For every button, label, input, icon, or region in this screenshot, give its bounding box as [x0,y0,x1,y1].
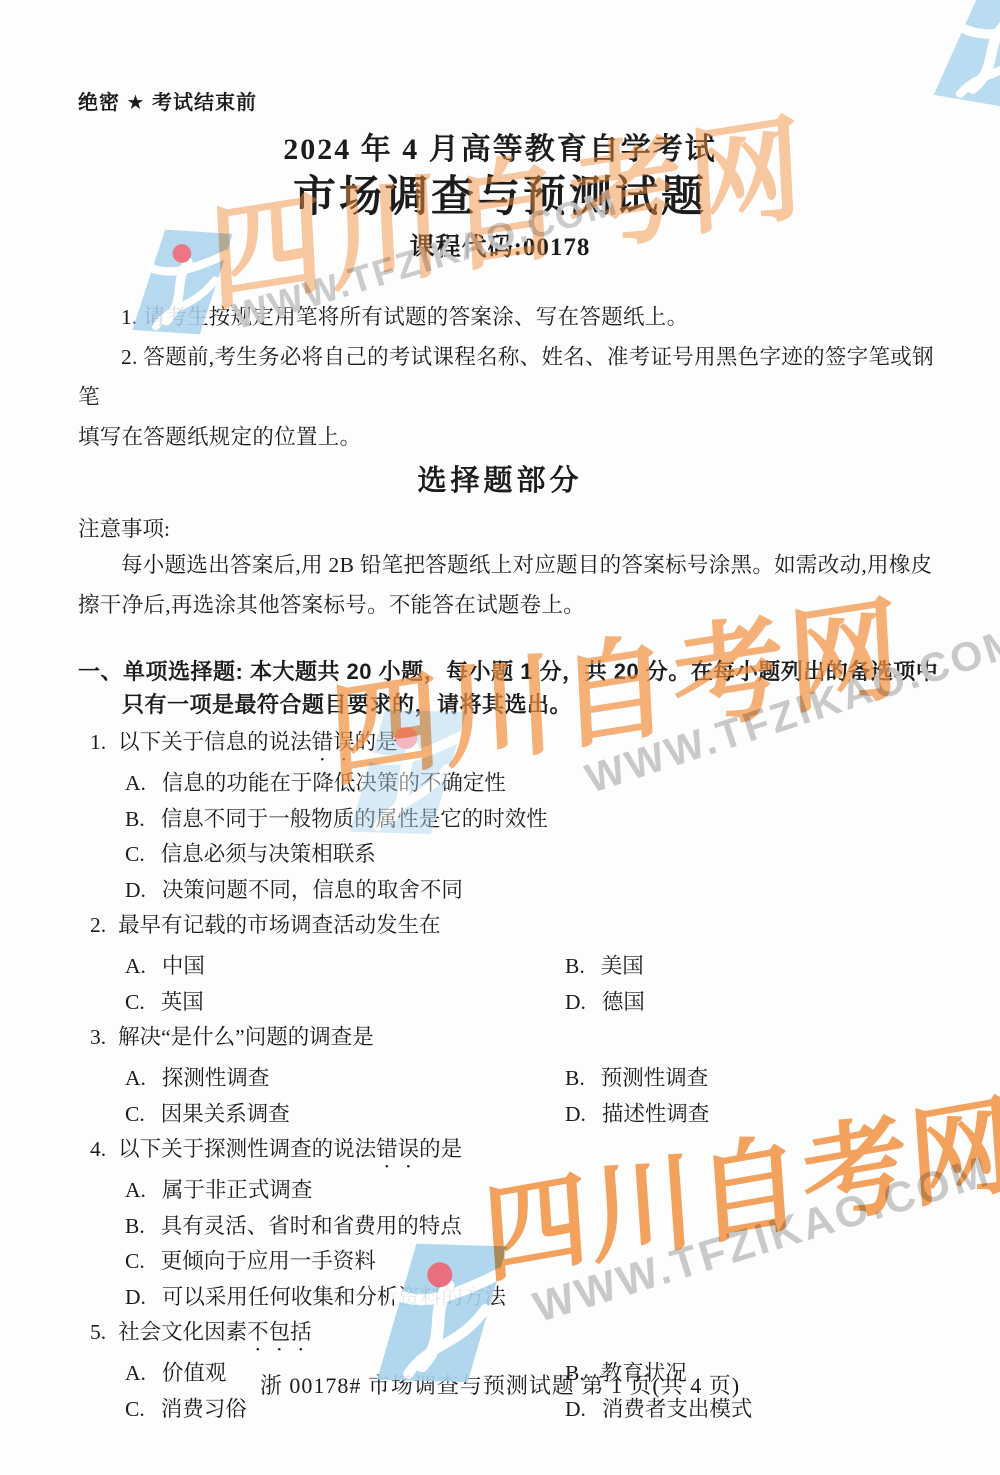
option-text: 属于非正式调查 [162,1173,313,1209]
question-text-emphasized: 不包括 [247,1320,312,1344]
question-text: 以下关于探测性调查的说法错误的是 [118,1132,462,1173]
page-footer: 浙 00178# 市场调查与预测试题 第 1 页(共 4 页) [0,1369,1000,1400]
option-a: A.探测性调查 [125,1061,565,1097]
question-text-pre: 最早有记载的市场调查活动发生在 [118,913,441,937]
option-text: 探测性调查 [162,1061,270,1097]
question-text-pre: 以下关于信息的说法 [118,730,312,754]
question-1: 1. 以下关于信息的说法错误的是 A.信息的功能在于降低决策的不确定性 B.信息… [78,725,944,908]
option-text: 更倾向于应用一手资料 [161,1244,376,1280]
notice-paragraph: 每小题选出答案后,用 2B 铅笔把答题纸上对应题目的答案标号涂黑。如需改动,用橡… [78,545,944,625]
notice-heading: 注意事项: [78,513,1000,545]
page-title: 市场调查与预测试题 [0,171,1000,223]
question-4-stem: 4. 以下关于探测性调查的说法错误的是 [78,1132,944,1173]
question-text: 最早有记载的市场调查活动发生在 [118,908,441,949]
option-c: C.信息必须与决策相联系 [125,837,944,873]
instruction-item-1: 1. 请考生按规定用笔将所有试题的答案涂、写在答题纸上。 [78,297,944,337]
question-text-emphasized: 错误 [376,1137,419,1161]
exam-session-title: 2024 年 4 月高等教育自学考试 [0,129,1000,171]
option-label: B. [125,1209,145,1245]
question-text-pre: 以下关于探测性调查的说法 [118,1137,376,1161]
option-label: B. [565,1061,585,1097]
option-a: A.属于非正式调查 [125,1173,944,1209]
option-a: A.中国 [125,949,565,985]
option-label: D. [565,985,586,1021]
question-text-post: 的是 [419,1137,462,1161]
option-text: 具有灵活、省时和省费用的特点 [161,1209,462,1245]
option-b: B.信息不同于一般物质的属性是它的时效性 [125,802,944,838]
option-label: C. [125,837,145,873]
option-b: B.具有灵活、省时和省费用的特点 [125,1209,944,1245]
secrecy-banner: 绝密 ★ 考试结束前 [78,86,1000,115]
notice-line-2: 擦干净后,再选涂其他答案标号。不能答在试题卷上。 [78,585,944,625]
option-text: 因果关系调查 [161,1097,290,1133]
question-text-pre: 解决“是什么”问题的调查是 [118,1025,374,1049]
option-label: A. [125,1173,146,1209]
instruction-item-2: 2. 答题前,考生务必将自己的考试课程名称、姓名、准考证号用黑色字迹的签字笔或钢… [78,337,944,457]
section-title: 选择题部分 [0,461,1000,501]
question-4-options: A.属于非正式调查 B.具有灵活、省时和省费用的特点 C.更倾向于应用一手资料 … [125,1173,944,1315]
option-d: D.描述性调查 [565,1097,944,1133]
question-text-emphasized: 错误 [312,730,355,754]
question-text: 社会文化因素不包括 [118,1315,312,1356]
exam-paper-page: 绝密 ★ 考试结束前 2024 年 4 月高等教育自学考试 市场调查与预测试题 … [0,0,1000,1475]
option-text: 信息的功能在于降低决策的不确定性 [162,766,506,802]
question-number: 1. [90,725,106,766]
question-text: 解决“是什么”问题的调查是 [118,1020,374,1061]
option-a: A.信息的功能在于降低决策的不确定性 [125,766,944,802]
question-5-stem: 5. 社会文化因素不包括 [78,1315,944,1356]
question-1-options: A.信息的功能在于降低决策的不确定性 B.信息不同于一般物质的属性是它的时效性 … [125,766,944,908]
question-text-pre: 社会文化因素 [118,1320,247,1344]
question-1-stem: 1. 以下关于信息的说法错误的是 [78,725,944,766]
option-label: D. [125,1280,146,1316]
question-text-post: 的是 [355,730,398,754]
option-c: C.因果关系调查 [125,1097,565,1133]
instruction-item-2-line-1: 2. 答题前,考生务必将自己的考试课程名称、姓名、准考证号用黑色字迹的签字笔或钢… [78,337,944,417]
option-text: 中国 [162,949,205,985]
option-d: D.决策问题不同，信息的取舍不同 [125,873,944,909]
option-label: C. [125,1244,145,1280]
question-3: 3. 解决“是什么”问题的调查是 A.探测性调查 B.预测性调查 C.因果关系调… [78,1020,944,1132]
option-text: 美国 [601,949,644,985]
option-text: 决策问题不同，信息的取舍不同 [162,873,463,909]
option-label: A. [125,766,146,802]
question-2-options: A.中国 B.美国 C.英国 D.德国 [125,949,944,1020]
option-text: 信息必须与决策相联系 [161,837,376,873]
part-one-header: 一、单项选择题: 本大题共 20 小题，每小题 1 分，共 20 分。在每小题列… [78,655,944,721]
option-label: C. [125,985,145,1021]
question-number: 3. [90,1020,106,1061]
option-d: D.德国 [565,985,944,1021]
part-one-header-line-2: 只有一项是最符合题目要求的，请将其选出。 [78,688,944,721]
question-4: 4. 以下关于探测性调查的说法错误的是 A.属于非正式调查 B.具有灵活、省时和… [78,1132,944,1315]
option-text: 信息不同于一般物质的属性是它的时效性 [161,802,548,838]
option-c: C.更倾向于应用一手资料 [125,1244,944,1280]
option-b: B.预测性调查 [565,1061,944,1097]
option-text: 可以采用任何收集和分析资料的方法 [162,1280,506,1316]
option-label: D. [565,1097,586,1133]
option-label: A. [125,1061,146,1097]
part-one-header-line-1: 一、单项选择题: 本大题共 20 小题，每小题 1 分，共 20 分。在每小题列… [78,659,938,684]
option-label: D. [125,873,146,909]
instruction-item-2-line-2: 填写在答题纸规定的位置上。 [78,417,944,457]
course-code: 课程代码:00178 [0,231,1000,265]
option-b: B.美国 [565,949,944,985]
question-list: 1. 以下关于信息的说法错误的是 A.信息的功能在于降低决策的不确定性 B.信息… [78,725,944,1427]
question-number: 5. [90,1315,106,1356]
question-number: 2. [90,908,106,949]
question-2: 2. 最早有记载的市场调查活动发生在 A.中国 B.美国 C.英国 D.德国 [78,908,944,1020]
question-number: 4. [90,1132,106,1173]
question-text: 以下关于信息的说法错误的是 [118,725,398,766]
option-label: A. [125,949,146,985]
option-text: 德国 [602,985,645,1021]
option-text: 描述性调查 [602,1097,710,1133]
option-d: D.可以采用任何收集和分析资料的方法 [125,1280,944,1316]
option-label: C. [125,1097,145,1133]
question-2-stem: 2. 最早有记载的市场调查活动发生在 [78,908,944,949]
option-c: C.英国 [125,985,565,1021]
option-text: 英国 [161,985,204,1021]
question-3-stem: 3. 解决“是什么”问题的调查是 [78,1020,944,1061]
option-label: B. [565,949,585,985]
option-text: 预测性调查 [601,1061,709,1097]
option-label: B. [125,802,145,838]
notice-line-1: 每小题选出答案后,用 2B 铅笔把答题纸上对应题目的答案标号涂黑。如需改动,用橡… [78,545,944,585]
page-content: 绝密 ★ 考试结束前 2024 年 4 月高等教育自学考试 市场调查与预测试题 … [0,0,1000,1475]
question-3-options: A.探测性调查 B.预测性调查 C.因果关系调查 D.描述性调查 [125,1061,944,1132]
